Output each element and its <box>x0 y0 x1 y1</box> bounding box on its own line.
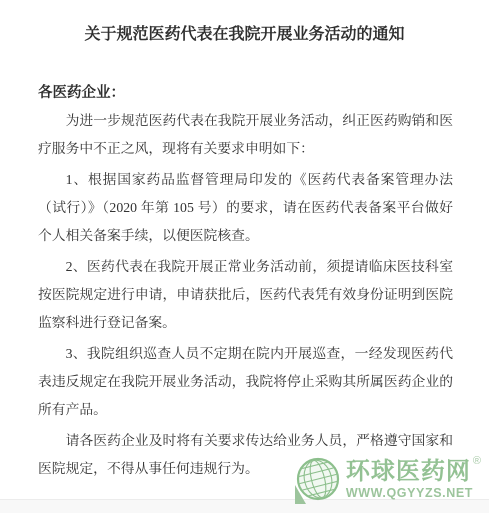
document-title: 关于规范医药代表在我院开展业务活动的通知 <box>0 0 489 44</box>
globe-icon <box>291 454 341 506</box>
document-page: 关于规范医药代表在我院开展业务活动的通知 各医药企业： 为进一步规范医药代表在我… <box>0 0 489 513</box>
paragraph-item-1: 1、根据国家药品监督管理局印发的《医药代表备案管理办法（试行）》（2020 年第… <box>38 166 453 250</box>
watermark-site-url: WWW.QGYYZS.NET <box>346 487 481 500</box>
salutation: 各医药企业： <box>38 81 453 102</box>
watermark-site-name: 环球医药网 <box>346 460 471 484</box>
watermark-text: 环球医药网 ® WWW.QGYYZS.NET <box>346 460 481 500</box>
watermark: 环球医药网 ® WWW.QGYYZS.NET <box>291 454 481 506</box>
watermark-name-row: 环球医药网 ® <box>346 460 481 484</box>
registered-trademark-icon: ® <box>473 456 481 467</box>
paragraph-item-2: 2、医药代表在我院开展正常业务活动前，须提请临床医技科室按医院规定进行申请，申请… <box>38 253 453 337</box>
paragraph-intro: 为进一步规范医药代表在我院开展业务活动，纠正医药购销和医疗服务中不正之风，现将有… <box>38 107 453 163</box>
paragraph-item-3: 3、我院组织巡查人员不定期在院内开展巡查，一经发现医药代表违反规定在我院开展业务… <box>38 340 453 424</box>
